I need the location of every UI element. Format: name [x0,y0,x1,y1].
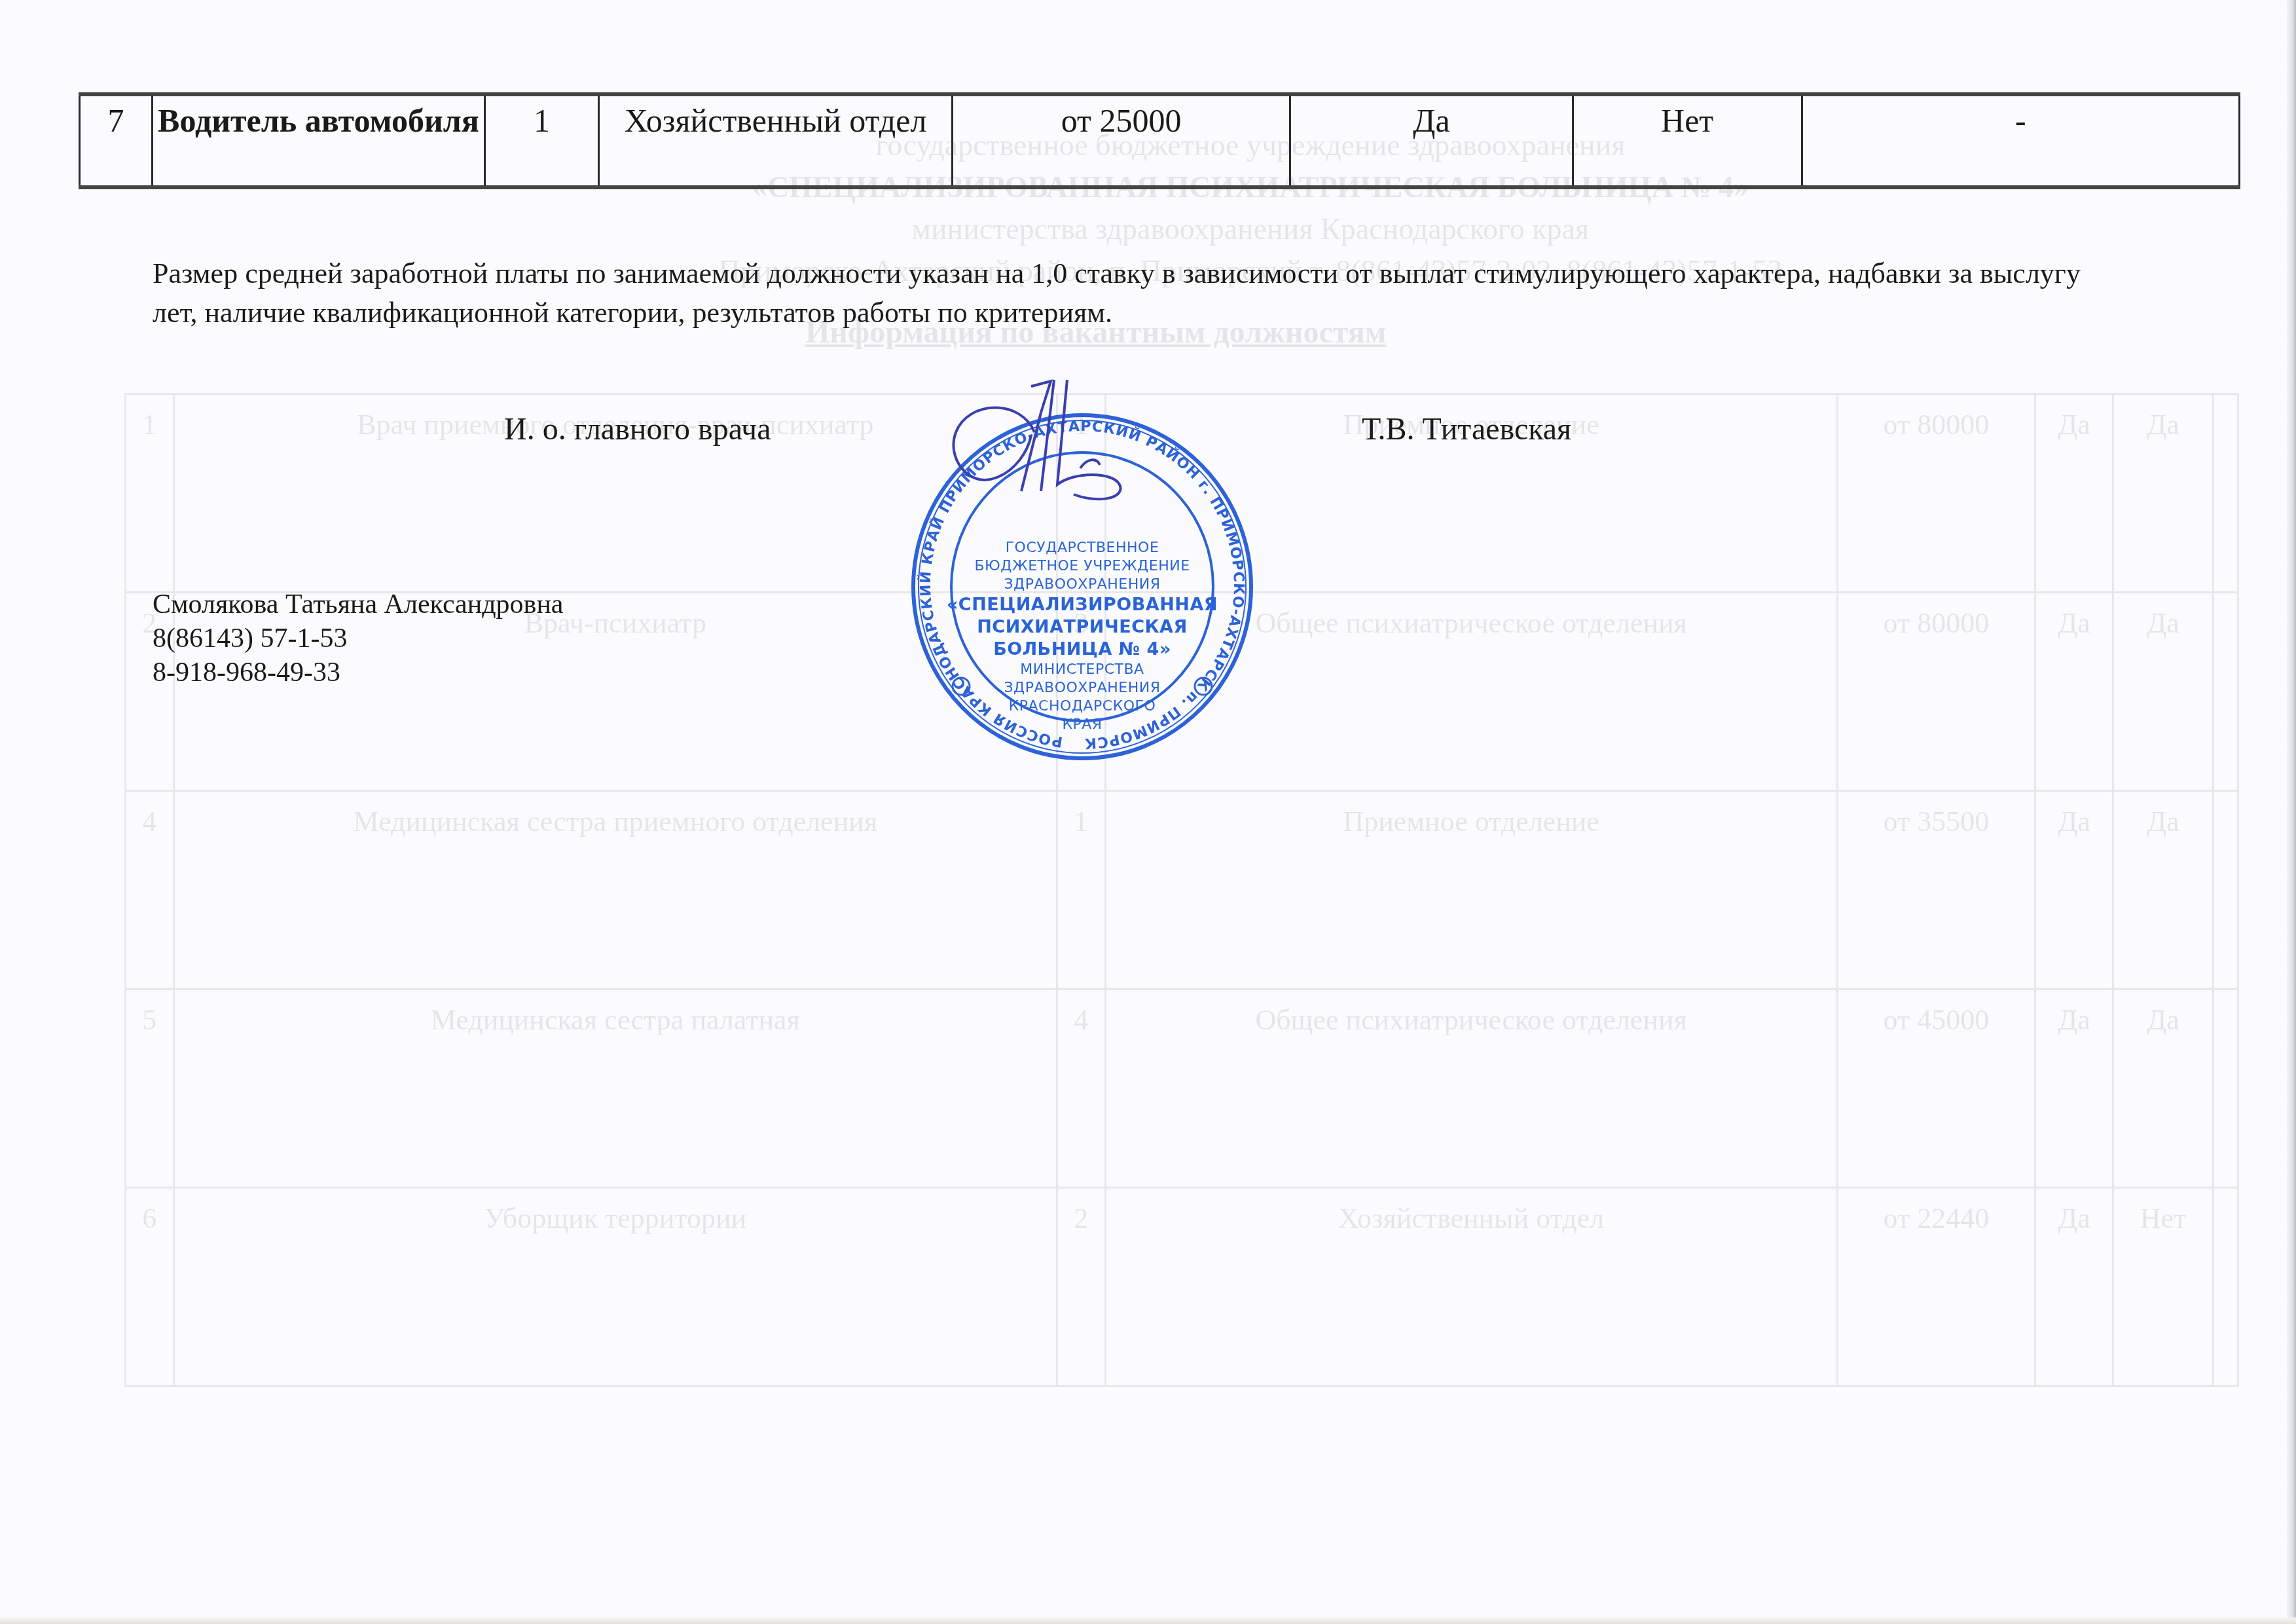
ghost-cell: Хозяйственный отдел [1105,1188,1837,1386]
stamp-line: «СПЕЦИАЛИЗИРОВАННАЯ [909,594,1256,616]
ghost-header-line: министерства здравоохранения Краснодарск… [629,208,1872,250]
signatory-name: Т.В. Титаевская [1362,411,1571,447]
contact-block: Смолякова Татьяна Александровна 8(86143)… [153,587,564,690]
ghost-cell: Медицинская сестра палатная [173,989,1057,1188]
ghost-row: 4Медицинская сестра приемного отделения1… [126,791,2238,989]
table-row: 7 Водитель автомобиля 1 Хозяйственный от… [80,94,2240,187]
count-cell: 1 [484,94,599,187]
stamp-line: ГОСУДАРСТВЕННОЕ [909,539,1256,557]
ghost-cell [2214,593,2238,791]
position-cell: Водитель автомобиля [153,94,485,187]
ghost-cell: от 80000 [1837,593,2035,791]
ghost-cell: 4 [1057,989,1105,1188]
stamp-text: ГОСУДАРСТВЕННОЕ БЮДЖЕТНОЕ УЧРЕЖДЕНИЕ ЗДР… [909,539,1256,734]
ghost-cell [2214,791,2238,989]
no-cell: Нет [1573,94,1802,187]
stamp-line: КРАСНОДАРСКОГО [909,697,1256,716]
ghost-cell: Да [2035,593,2113,791]
ghost-cell: от 80000 [1837,394,2035,593]
ghost-cell: 4 [126,791,174,989]
ghost-row: 6Уборщик территории2Хозяйственный отдело… [126,1188,2238,1386]
bleed-through-layer: государственное бюджетное учреждение здр… [0,0,2296,1624]
ghost-cell: Да [2113,989,2213,1188]
yes-cell: Да [1290,94,1573,187]
ghost-cell: Да [2035,791,2113,989]
ghost-cell: 2 [1057,1188,1105,1386]
ghost-cell: 6 [126,1188,174,1386]
stamp-line: МИНИСТЕРСТВА [909,661,1256,679]
department-cell: Хозяйственный отдел [599,94,952,187]
ghost-cell: Да [2113,593,2213,791]
contact-name: Смолякова Татьяна Александровна [153,587,564,621]
salary-note: Размер средней заработной платы по заним… [153,254,2117,333]
ghost-cell: 1 [126,394,174,593]
stamp-line: ЗДРАВООХРАНЕНИЯ [909,679,1256,697]
stamp-line: ЗДРАВООХРАНЕНИЯ [909,576,1256,594]
ghost-cell: Да [2113,394,2213,593]
ghost-row: 5Медицинская сестра палатная4Общее психи… [126,989,2238,1188]
contact-phone: 8(86143) 57-1-53 [153,621,564,655]
ghost-cell: от 22440 [1837,1188,2035,1386]
ghost-cell: 1 [1057,791,1105,989]
ghost-cell: Да [2035,394,2113,593]
page-edge [0,1617,2296,1624]
ghost-cell: Нет [2113,1188,2213,1386]
ghost-cell: 5 [126,989,174,1188]
row-number: 7 [80,94,153,187]
ghost-cell: Общее психиатрическое отделения [1105,989,1837,1188]
stamp-line: ПСИХИАТРИЧЕСКАЯ [909,616,1256,638]
stamp-line: БОЛЬНИЦА № 4» [909,638,1256,661]
ghost-cell: Да [2035,989,2113,1188]
contact-mobile: 8-918-968-49-33 [153,655,564,690]
signatory-title: И. о. главного врача [504,411,771,447]
ghost-cell: Да [2035,1188,2113,1386]
handwritten-signature-icon [943,373,1159,511]
ghost-cell: Медицинская сестра приемного отделения [173,791,1057,989]
ghost-cell [2214,989,2238,1188]
page-edge [2287,0,2296,1624]
ghost-cell: от 45000 [1837,989,2035,1188]
stamp-line: КРАЯ [909,716,1256,734]
ghost-cell [2214,1188,2238,1386]
salary-cell: от 25000 [952,94,1290,187]
ghost-cell: Да [2113,791,2213,989]
ghost-cell: от 35500 [1837,791,2035,989]
stamp-line: БЮДЖЕТНОЕ УЧРЕЖДЕНИЕ [909,557,1256,576]
ghost-cell: Приемное отделение [1105,791,1837,989]
ghost-cell [2214,394,2238,593]
notes-cell: - [1802,94,2239,187]
ghost-cell: Уборщик территории [173,1188,1057,1386]
vacancy-table: 7 Водитель автомобиля 1 Хозяйственный от… [79,92,2240,189]
